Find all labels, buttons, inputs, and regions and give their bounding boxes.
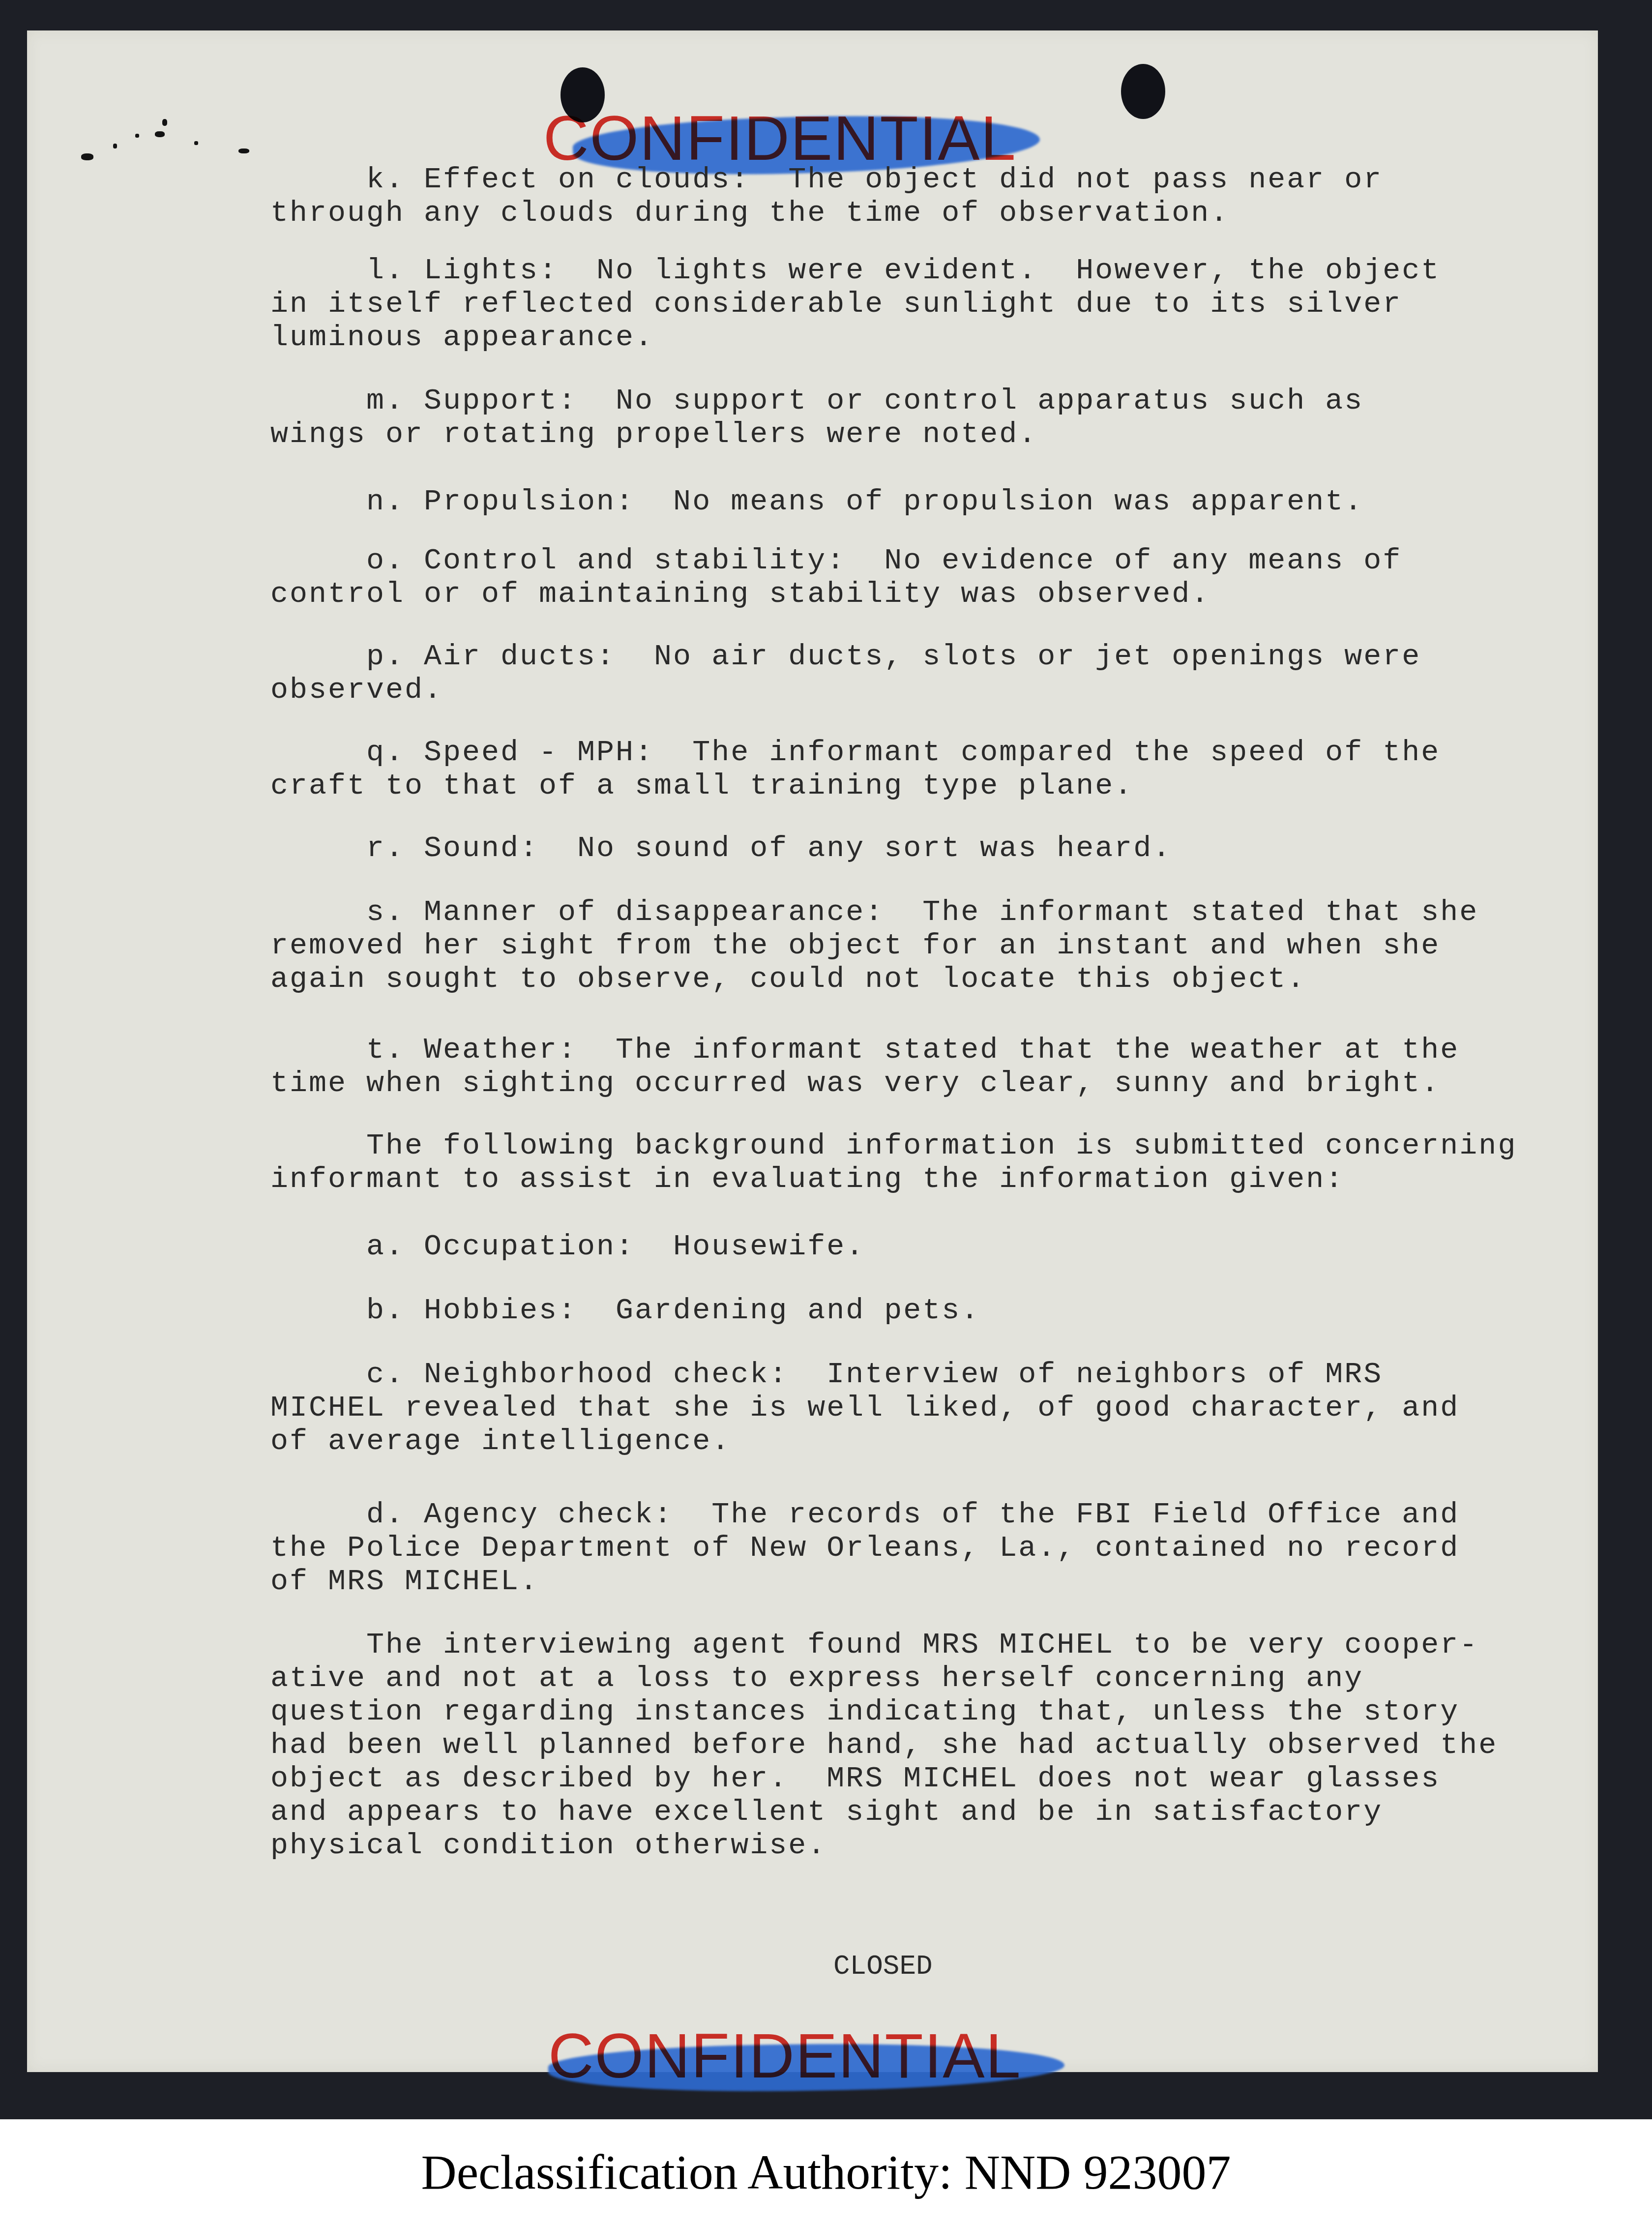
typed-paragraph: The interviewing agent found MRS MICHEL … [270,1629,1498,1863]
typed-paragraph: s. Manner of disappearance: The informan… [270,896,1478,996]
confidential-stamp-bottom: CONFIDENTIAL [548,2017,1138,2096]
typed-line: m. Support: No support or control appara… [270,385,1363,418]
margin-specks [52,75,248,124]
typed-line: removed her sight from the object for an… [270,929,1478,963]
typed-line: p. Air ducts: No air ducts, slots or jet… [270,640,1421,674]
typed-line: of average intelligence. [270,1425,1459,1458]
typed-paragraph: r. Sound: No sound of any sort was heard… [270,832,1172,865]
typed-line: The following background information is … [270,1129,1517,1163]
typed-line: physical condition otherwise. [270,1829,1498,1863]
document-page: CONFIDENTIAL k. Effect on clouds: The ob… [27,30,1598,2072]
typed-line: of MRS MICHEL. [270,1565,1459,1599]
typed-line: t. Weather: The informant stated that th… [270,1034,1459,1067]
typed-line: k. Effect on clouds: The object did not … [270,163,1383,197]
typed-paragraph: t. Weather: The informant stated that th… [270,1034,1459,1100]
typed-line: b. Hobbies: Gardening and pets. [270,1294,980,1328]
typed-line: observed. [270,674,1421,707]
typed-line: luminous appearance. [270,321,1440,355]
typed-line: d. Agency check: The records of the FBI … [270,1498,1459,1532]
classification-label: CONFIDENTIAL [548,2017,1022,2096]
typed-line: informant to assist in evaluating the in… [270,1163,1517,1196]
typed-line: in itself reflected considerable sunligh… [270,288,1440,321]
declassification-caption: Declassification Authority: NND 923007 [0,2119,1652,2225]
typed-line: MICHEL revealed that she is well liked, … [270,1392,1459,1425]
typed-line: object as described by her. MRS MICHEL d… [270,1762,1498,1796]
typed-line: again sought to observe, could not locat… [270,963,1478,996]
typed-paragraph: m. Support: No support or control appara… [270,385,1363,451]
typed-line: through any clouds during the time of ob… [270,197,1383,230]
typed-paragraph: c. Neighborhood check: Interview of neig… [270,1358,1459,1458]
typed-line: the Police Department of New Orleans, La… [270,1532,1459,1565]
typed-line: question regarding instances indicating … [270,1695,1498,1729]
typed-paragraph: a. Occupation: Housewife. [270,1230,865,1264]
closed-label: CLOSED [833,1951,933,1982]
typed-paragraph: n. Propulsion: No means of propulsion wa… [270,485,1363,519]
typed-line: and appears to have excellent sight and … [270,1796,1498,1829]
typed-paragraph: d. Agency check: The records of the FBI … [270,1498,1459,1599]
typed-paragraph: l. Lights: No lights were evident. Howev… [270,254,1440,355]
typed-line: r. Sound: No sound of any sort was heard… [270,832,1172,865]
typed-line: s. Manner of disappearance: The informan… [270,896,1478,929]
typed-line: wings or rotating propellers were noted. [270,418,1363,451]
typed-paragraph: q. Speed - MPH: The informant compared t… [270,736,1440,803]
typed-line: o. Control and stability: No evidence of… [270,544,1402,578]
typed-line: had been well planned before hand, she h… [270,1729,1498,1762]
typed-paragraph: p. Air ducts: No air ducts, slots or jet… [270,640,1421,707]
typed-line: control or of maintaining stability was … [270,578,1402,611]
typed-paragraph: b. Hobbies: Gardening and pets. [270,1294,980,1328]
typed-line: l. Lights: No lights were evident. Howev… [270,254,1440,288]
typed-paragraph: The following background information is … [270,1129,1517,1196]
typed-line: q. Speed - MPH: The informant compared t… [270,736,1440,770]
typed-line: n. Propulsion: No means of propulsion wa… [270,485,1363,519]
typed-line: The interviewing agent found MRS MICHEL … [270,1629,1498,1662]
typed-line: c. Neighborhood check: Interview of neig… [270,1358,1459,1392]
typed-line: a. Occupation: Housewife. [270,1230,865,1264]
typed-line: ative and not at a loss to express herse… [270,1662,1498,1695]
typed-line: time when sighting occurred was very cle… [270,1067,1459,1100]
typed-paragraph: k. Effect on clouds: The object did not … [270,163,1383,230]
typed-line: craft to that of a small training type p… [270,770,1440,803]
typed-paragraph: o. Control and stability: No evidence of… [270,544,1402,611]
